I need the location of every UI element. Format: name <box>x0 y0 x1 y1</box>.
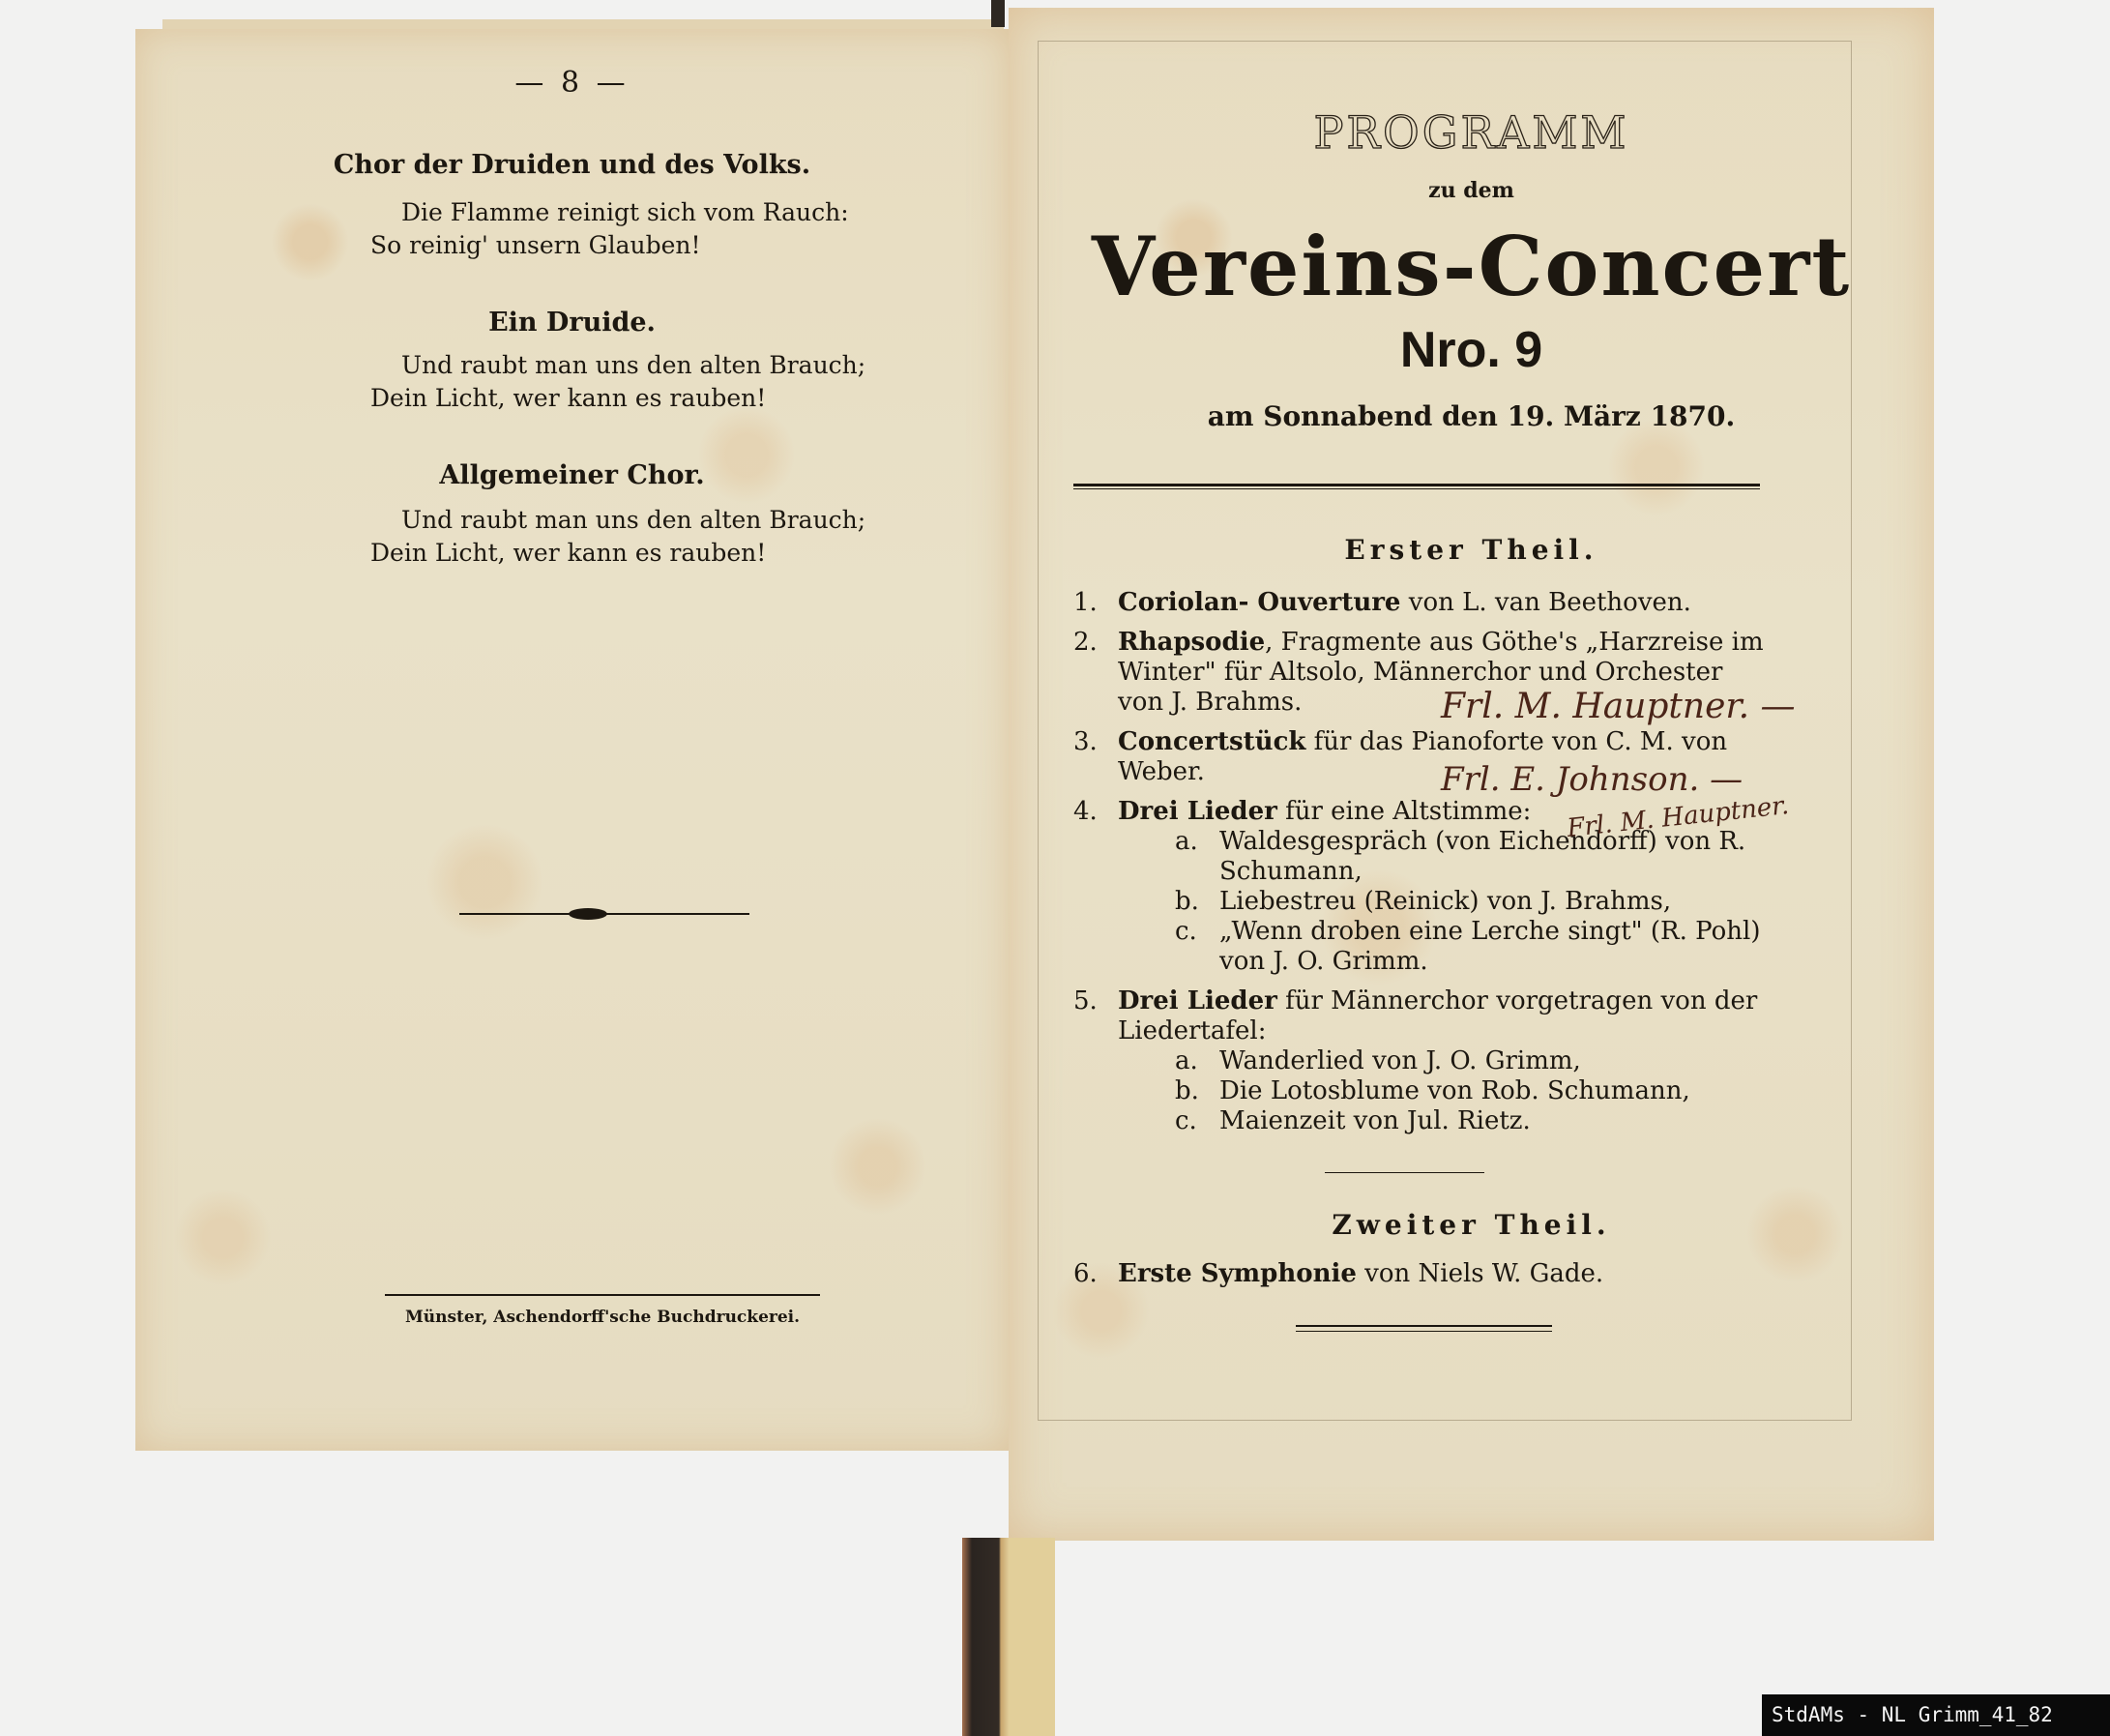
verse: Und raubt man uns den alten Brauch; Dein… <box>370 349 865 415</box>
verse-line: Und raubt man uns den alten Brauch; <box>370 349 865 382</box>
sub-item-text: Maienzeit von Jul. Rietz. <box>1219 1106 1531 1136</box>
binding-strip <box>1009 1538 1055 1736</box>
sub-item-letter: b. <box>1175 1076 1219 1106</box>
sub-item: a. Waldesgespräch (von Eichendorff) von … <box>1073 827 1770 887</box>
program-item: 6. Erste Symphonie von Niels W. Gade. <box>1073 1259 1770 1289</box>
book-spine-top <box>991 0 1005 27</box>
item-number: 3. <box>1073 727 1118 787</box>
part-two-heading: Zweiter Theil. <box>1009 1209 1934 1241</box>
sub-item: c. „Wenn droben eine Lerche singt" (R. P… <box>1073 917 1770 977</box>
item-number: 1. <box>1073 588 1118 618</box>
program-title: PROGRAMM <box>1009 106 1934 159</box>
sub-item-letter: a. <box>1175 1046 1219 1076</box>
book-spine <box>962 1538 1009 1736</box>
verse-line: Die Flamme reinigt sich vom Rauch: <box>370 196 849 229</box>
concert-number: Nro. 9 <box>1009 321 1934 379</box>
part-one-heading: Erster Theil. <box>1009 534 1934 566</box>
sub-item-letter: a. <box>1175 827 1219 887</box>
part-two-list: 6. Erste Symphonie von Niels W. Gade. <box>1073 1259 1770 1299</box>
title-divider-thin <box>1073 488 1760 489</box>
handwritten-note: Frl. E. Johnson. — <box>1441 760 1743 799</box>
section-divider <box>1325 1172 1484 1173</box>
verse: Und raubt man uns den alten Brauch; Dein… <box>370 504 865 570</box>
work-title: Drei Lieder <box>1118 797 1277 826</box>
section-heading: Allgemeiner Chor. <box>135 460 1009 490</box>
verse: Die Flamme reinigt sich vom Rauch: So re… <box>370 196 849 262</box>
ornament-divider-center <box>569 908 607 920</box>
sub-item-letter: b. <box>1175 887 1219 917</box>
work-title: Coriolan- Ouverture <box>1118 588 1400 617</box>
part-one-list: 1. Coriolan- Ouverture von L. van Beetho… <box>1073 588 1770 1136</box>
program-item: 5. Drei Lieder für Männerchor vorgetrage… <box>1073 986 1770 1046</box>
section-heading: Chor der Druiden und des Volks. <box>135 150 1009 180</box>
handwritten-note: Frl. M. Hauptner. — <box>1441 687 1796 726</box>
sub-item-text: Liebestreu (Reinick) von J. Brahms, <box>1219 887 1671 917</box>
sub-item-text: „Wenn droben eine Lerche singt" (R. Pohl… <box>1219 917 1770 977</box>
work-details: für eine Altstimme: <box>1277 797 1532 826</box>
work-details: von L. van Beethoven. <box>1400 588 1690 617</box>
page-number: — 8 — <box>135 66 1009 100</box>
section-heading: Ein Druide. <box>135 308 1009 338</box>
work-title: Rhapsodie <box>1118 628 1265 657</box>
item-number: 2. <box>1073 628 1118 718</box>
work-title: Drei Lieder <box>1118 986 1277 1015</box>
work-title: Concertstück <box>1118 727 1305 756</box>
title-divider <box>1073 484 1760 486</box>
sub-item: a. Wanderlied von J. O. Grimm, <box>1073 1046 1770 1076</box>
concert-title: Vereins-Concert <box>1009 219 1934 314</box>
sub-item-text: Waldesgespräch (von Eichendorff) von R. … <box>1219 827 1770 887</box>
archive-label: StdAMs - NL Grimm_41_82 <box>1762 1694 2110 1736</box>
program-item: 1. Coriolan- Ouverture von L. van Beetho… <box>1073 588 1770 618</box>
verse-line: Dein Licht, wer kann es rauben! <box>370 537 865 570</box>
item-number: 6. <box>1073 1259 1118 1289</box>
sub-item-letter: c. <box>1175 917 1219 977</box>
concert-date: am Sonnabend den 19. März 1870. <box>1009 400 1934 432</box>
sub-item-letter: c. <box>1175 1106 1219 1136</box>
end-divider-thin <box>1296 1331 1552 1332</box>
work-title: Erste Symphonie <box>1118 1259 1357 1288</box>
sub-item-text: Wanderlied von J. O. Grimm, <box>1219 1046 1581 1076</box>
verse-line: Dein Licht, wer kann es rauben! <box>370 382 865 415</box>
verse-line: Und raubt man uns den alten Brauch; <box>370 504 865 537</box>
end-divider <box>1296 1325 1552 1327</box>
printer-imprint: Münster, Aschendorff'sche Buchdruckerei. <box>385 1308 820 1327</box>
work-details: von Niels W. Gade. <box>1357 1259 1603 1288</box>
item-number: 5. <box>1073 986 1118 1046</box>
item-number: 4. <box>1073 797 1118 827</box>
sub-item: b. Die Lotosblume von Rob. Schumann, <box>1073 1076 1770 1106</box>
imprint-rule <box>385 1294 820 1296</box>
sub-item: c. Maienzeit von Jul. Rietz. <box>1073 1106 1770 1136</box>
verse-line: So reinig' unsern Glauben! <box>370 229 849 262</box>
program-subtitle: zu dem <box>1009 178 1934 203</box>
sub-item-text: Die Lotosblume von Rob. Schumann, <box>1219 1076 1690 1106</box>
sub-item: b. Liebestreu (Reinick) von J. Brahms, <box>1073 887 1770 917</box>
